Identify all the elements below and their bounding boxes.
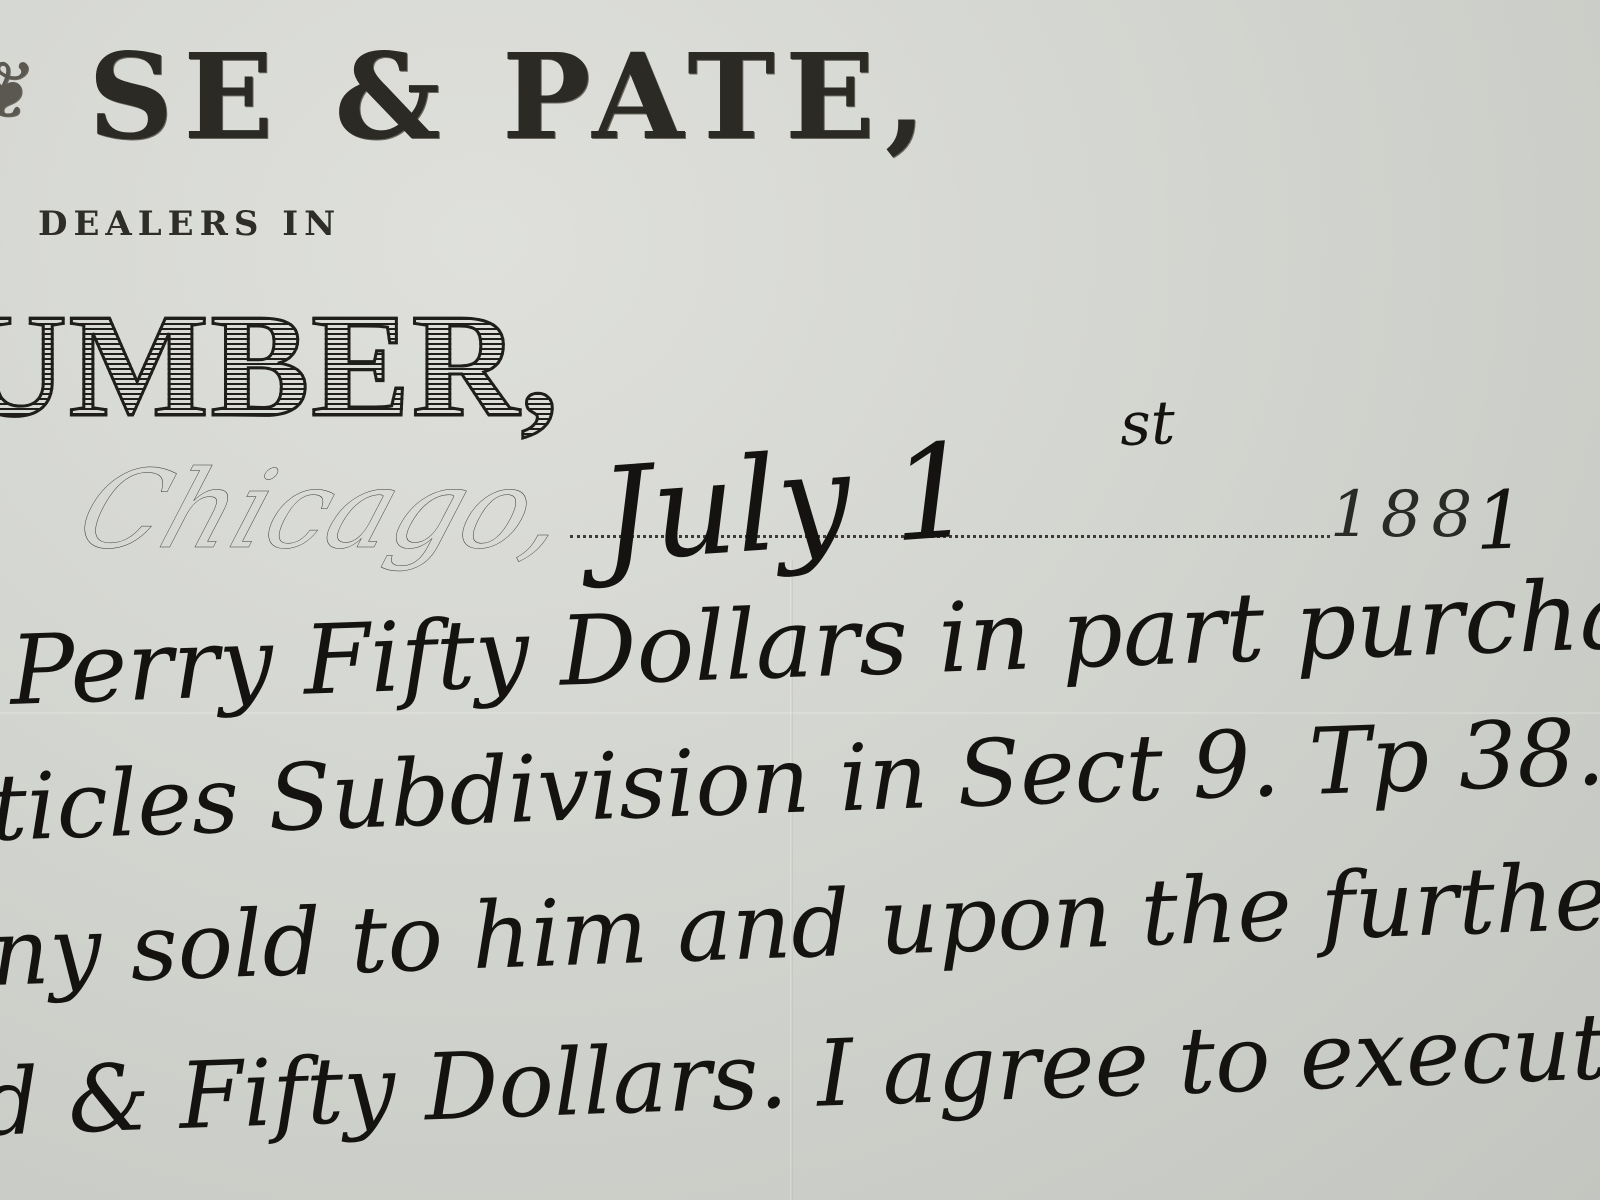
firm-name-text: SE & PATE, [88,27,936,166]
handwritten-year-digit: 1 [1473,473,1527,568]
letterhead-firm-name: ❦ SE & PATE, [0,38,936,156]
letterhead-city: Chicago, [64,448,585,573]
handwritten-date-suffix: st [1119,388,1176,460]
printed-year-prefix: 188 [1330,478,1482,552]
letterhead-trade: UMBER, [0,292,560,440]
letterhead-tagline: DEALERS IN [38,204,341,244]
ornament-icon: ❦ [0,51,37,131]
handwritten-date: July 1 [595,414,980,592]
